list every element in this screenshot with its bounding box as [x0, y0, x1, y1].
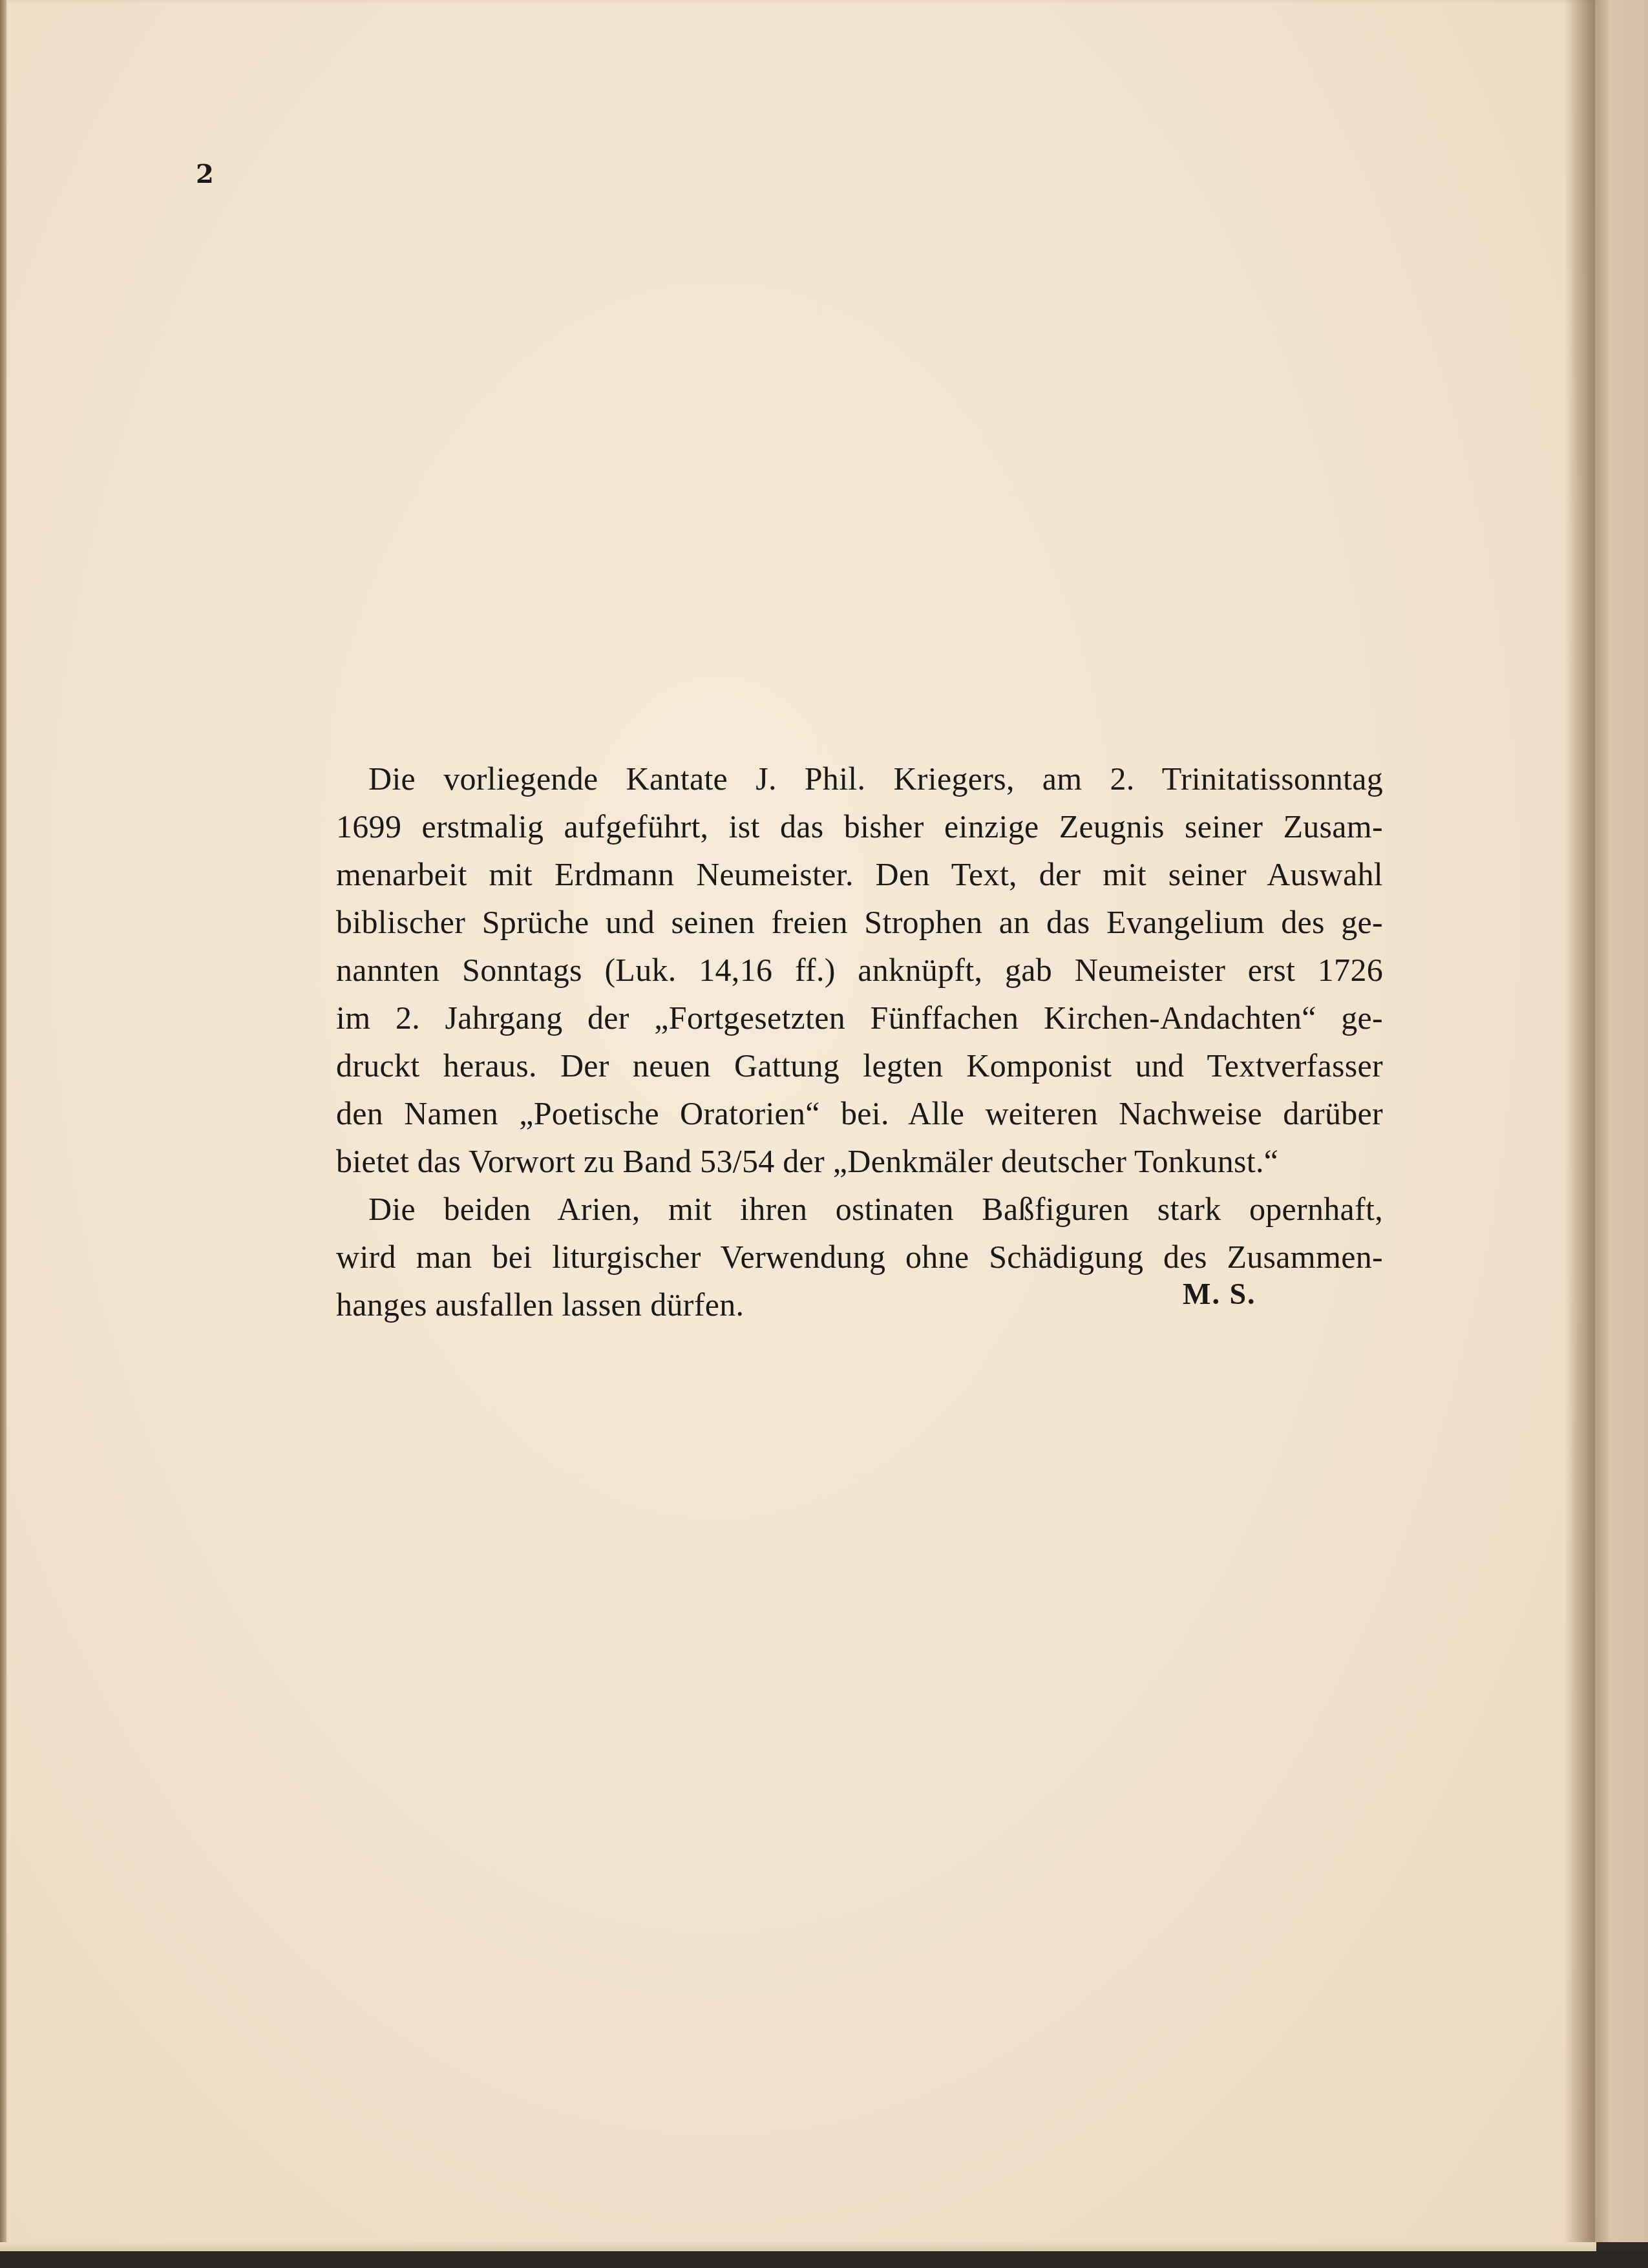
text-line: den Namen „Poetische Oratorien“ bei. All…	[336, 1089, 1383, 1137]
text-line: bietet das Vorwort zu Band 53/54 der „De…	[336, 1137, 1383, 1185]
text-line: biblischer Sprüche und seinen freien Str…	[336, 898, 1383, 946]
text-line: druckt heraus. Der neuen Gattung legten …	[336, 1042, 1383, 1089]
scanner-bottom-edge	[0, 2251, 1648, 2268]
gutter-shadow	[1564, 0, 1595, 2254]
text-line: wird man bei liturgischer Verwendung ohn…	[336, 1233, 1383, 1281]
text-line: Die beiden Arien, mit ihren ostinaten Ba…	[336, 1185, 1383, 1233]
preface-text: Die vorliegende Kantate J. Phil. Krieger…	[336, 755, 1383, 1328]
binding-edge	[0, 0, 6, 2254]
paragraph-1: Die vorliegende Kantate J. Phil. Krieger…	[336, 755, 1383, 1185]
text-line: nannten Sonntags (Luk. 14,16 ff.) anknüp…	[336, 946, 1383, 994]
signature: M. S.	[1183, 1277, 1256, 1311]
page-number: 2	[196, 159, 214, 189]
text-line: menarbeit mit Erdmann Neumeister. Den Te…	[336, 850, 1383, 898]
text-line: Die vorliegende Kantate J. Phil. Krieger…	[336, 755, 1383, 803]
next-page-edge	[1595, 0, 1648, 2242]
text-line: 1699 erstmalig aufgeführt, ist das bishe…	[336, 803, 1383, 850]
text-line: im 2. Jahrgang der „Fortgesetzten Fünffa…	[336, 994, 1383, 1042]
document-page: 2 Die vorliegende Kantate J. Phil. Krieg…	[0, 0, 1595, 2254]
